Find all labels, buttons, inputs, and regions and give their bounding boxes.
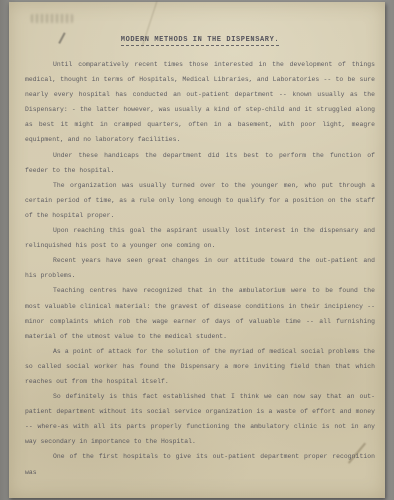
paragraph: Teaching centres have recognized that in…	[25, 283, 375, 343]
paragraph: Recent years have seen great changes in …	[25, 253, 375, 283]
scanner-background: MODERN METHODS IN THE DISPENSARY. Until …	[0, 0, 394, 500]
paragraph: As a point of attack for the solution of…	[25, 344, 375, 389]
paragraph: Upon reaching this goal the aspirant usu…	[25, 223, 375, 253]
paragraph: Under these handicaps the department did…	[25, 148, 375, 178]
typed-content: MODERN METHODS IN THE DISPENSARY. Until …	[25, 36, 375, 480]
paragraph: The organization was usually turned over…	[25, 178, 375, 223]
paragraph: So definitely is this fact established t…	[25, 389, 375, 449]
paragraph: Until comparatively recent times those i…	[25, 57, 375, 148]
document-page: MODERN METHODS IN THE DISPENSARY. Until …	[9, 2, 385, 498]
pencil-smudge-mark	[31, 14, 73, 23]
page-title: MODERN METHODS IN THE DISPENSARY.	[25, 36, 375, 44]
paragraph: One of the first hospitals to give its o…	[25, 449, 375, 479]
paragraph-list: Until comparatively recent times those i…	[25, 57, 375, 480]
